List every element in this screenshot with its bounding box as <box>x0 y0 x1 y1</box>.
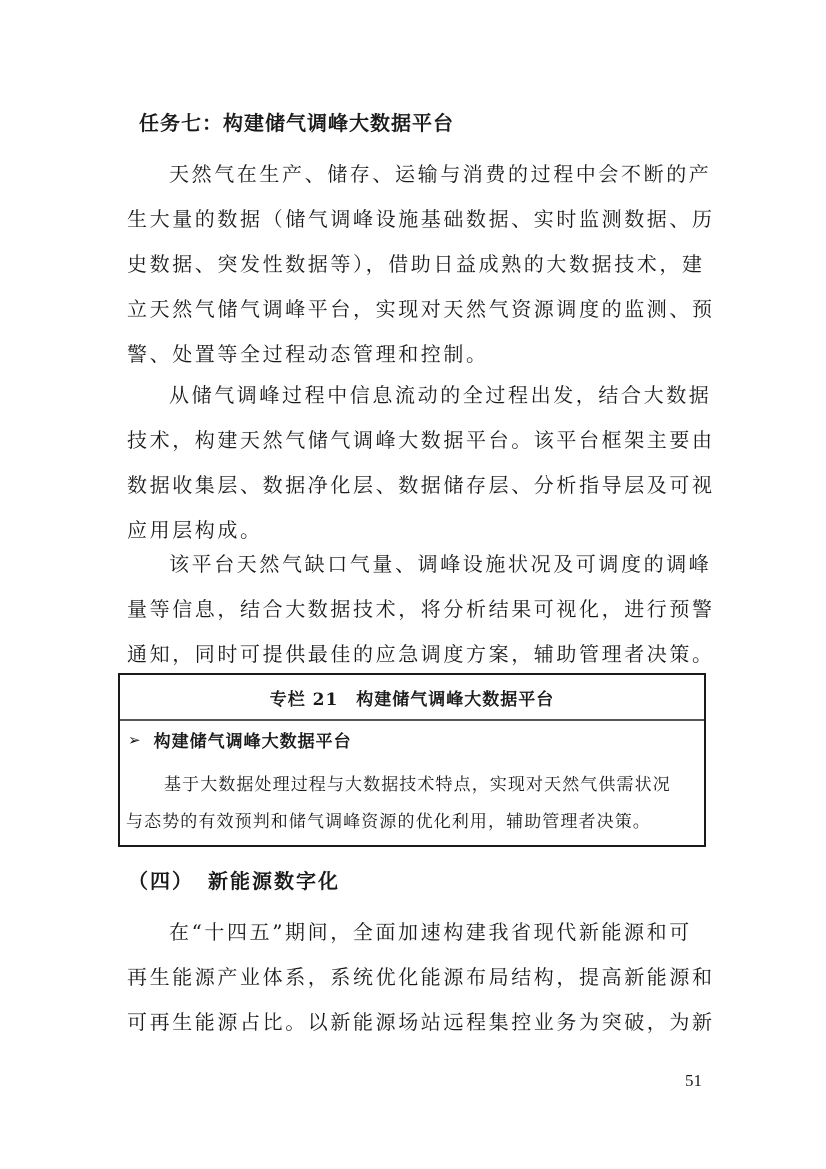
paragraph-line: 数据收集层、数据净化层、数据储存层、分析指导层及可视 <box>127 463 707 508</box>
section-paragraph: 在“十四五”期间，全面加速构建我省现代新能源和可 再生能源产业体系，系统优化能源… <box>127 910 707 1045</box>
paragraph-line: 立天然气储气调峰平台，实现对天然气资源调度的监测、预 <box>127 287 707 332</box>
paragraph-line: 再生能源产业体系，系统优化能源布局结构，提高新能源和 <box>127 955 707 1000</box>
column-box-body: 基于大数据处理过程与大数据技术特点，实现对天然气供需状况 与态势的有效预判和储气… <box>126 767 700 841</box>
column-box-title: 专栏 21 构建储气调峰大数据平台 <box>120 675 704 721</box>
paragraph-line: 史数据、突发性数据等），借助日益成熟的大数据技术，建 <box>127 242 707 287</box>
column-box: 专栏 21 构建储气调峰大数据平台 ➢ 构建储气调峰大数据平台 基于大数据处理过… <box>118 673 706 847</box>
paragraph-line: 天然气在生产、储存、运输与消费的过程中会不断的产 <box>127 152 707 197</box>
column-box-subheading-text: 构建储气调峰大数据平台 <box>154 727 352 752</box>
paragraph-line: 警、处置等全过程动态管理和控制。 <box>127 332 707 377</box>
paragraph-line: 生大量的数据（储气调峰设施基础数据、实时监测数据、历 <box>127 197 707 242</box>
column-box-line: 基于大数据处理过程与大数据技术特点，实现对天然气供需状况 <box>126 767 700 804</box>
column-box-number: 专栏 21 <box>270 685 339 710</box>
paragraph-2: 从储气调峰过程中信息流动的全过程出发，结合大数据 技术，构建天然气储气调峰大数据… <box>127 373 707 553</box>
section-heading: （四）新能源数字化 <box>128 866 340 896</box>
paragraph-line: 从储气调峰过程中信息流动的全过程出发，结合大数据 <box>127 373 707 418</box>
column-box-title-text: 构建储气调峰大数据平台 <box>356 685 554 710</box>
section-title: 新能源数字化 <box>208 869 340 893</box>
section-marker: （四） <box>128 869 194 893</box>
page-number: 51 <box>685 1071 702 1091</box>
task-heading: 任务七：构建储气调峰大数据平台 <box>139 108 454 138</box>
paragraph-line: 在“十四五”期间，全面加速构建我省现代新能源和可 <box>127 910 707 955</box>
paragraph-line: 可再生能源占比。以新能源场站远程集控业务为突破，为新 <box>127 1000 707 1045</box>
paragraph-line: 通知，同时可提供最佳的应急调度方案，辅助管理者决策。 <box>127 632 707 677</box>
paragraph-3: 该平台天然气缺口气量、调峰设施状况及可调度的调峰 量等信息，结合大数据技术，将分… <box>127 542 707 677</box>
column-box-line: 与态势的有效预判和储气调峰资源的优化利用，辅助管理者决策。 <box>126 804 700 841</box>
document-page: 任务七：构建储气调峰大数据平台 天然气在生产、储存、运输与消费的过程中会不断的产… <box>0 0 826 1169</box>
paragraph-line: 该平台天然气缺口气量、调峰设施状况及可调度的调峰 <box>127 542 707 587</box>
paragraph-1: 天然气在生产、储存、运输与消费的过程中会不断的产 生大量的数据（储气调峰设施基础… <box>127 152 707 377</box>
paragraph-line: 技术，构建天然气储气调峰大数据平台。该平台框架主要由 <box>127 418 707 463</box>
column-box-subheading: ➢ 构建储气调峰大数据平台 <box>128 727 352 752</box>
paragraph-line: 量等信息，结合大数据技术，将分析结果可视化，进行预警 <box>127 587 707 632</box>
arrow-bullet-icon: ➢ <box>128 731 142 749</box>
